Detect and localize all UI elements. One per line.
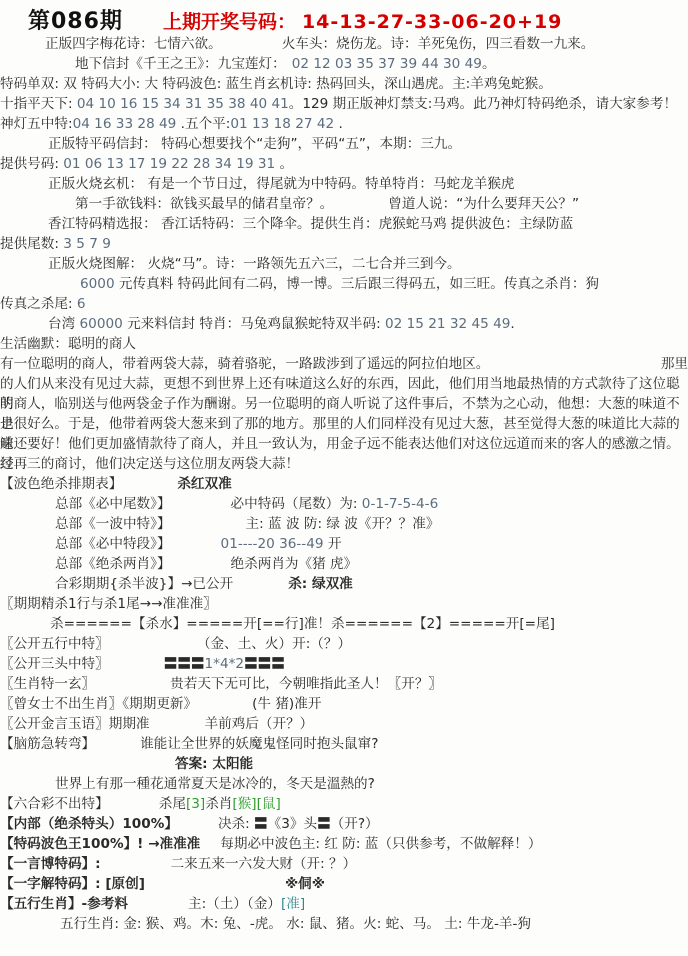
text-segment: 0-1-7-5-4-6 xyxy=(362,496,438,512)
text-segment: 【一字解特码】: [原创] xyxy=(0,876,145,892)
text-segment: 香江特码精选报： 香江话特码：三个降伞。提供生肖：虎猴蛇马鸡 提供波色：主绿防蓝 xyxy=(48,216,573,232)
text-segment: 总部《必中特段》】 xyxy=(55,536,171,552)
text-segment: 【脑筋急转弯】 xyxy=(0,736,95,752)
text-segment: 传真之杀尾: xyxy=(0,296,77,312)
sheet-line: 【波色绝杀排期表】杀红双准 xyxy=(0,474,688,494)
text-segment: 开 xyxy=(324,536,342,552)
sheet-line: 五行生肖: 金: 猴、鸡。木: 兔、-虎。 水: 鼠、猪。火: 蛇、马。 土: … xyxy=(0,914,688,934)
sheet-line: 【五行生肖】-参考料主:（土）（金）[准] xyxy=(0,894,688,914)
text-segment: 杀肖 xyxy=(205,796,232,812)
text-segment: 有一位聪明的商人，带着两袋大蒜，骑着骆驼，一路跋涉到了遥远的阿拉伯地区。 xyxy=(0,354,489,374)
text-segment: . xyxy=(334,116,343,132)
text-segment: 。 xyxy=(275,156,293,172)
text-segment: 神灯五中特: xyxy=(0,116,73,132)
sheet-line: 答案: 太阳能 xyxy=(0,754,688,774)
sheet-header: 第086期 上期开奖号码：14-13-27-33-06-20+19 xyxy=(0,4,688,34)
sheet-line: 也很好么。于是，他带着两袋大葱来到了那的地方。那里的人们同样没有见过大葱，甚至觉… xyxy=(0,414,688,434)
text-segment: 1*4*2 xyxy=(205,656,245,672)
sheet-line: 第一手欲钱料：欲钱买最早的储君皇帝？。曾道人说：“为什么要拜天公？” xyxy=(0,194,688,214)
sheet-line: 总部《必中尾数》】必中特码（尾数）为: 0-1-7-5-4-6 xyxy=(0,494,688,514)
text-segment: 主:（土）（金） xyxy=(188,896,281,912)
text-segment: 火车头：烧伤龙。诗：羊死兔伤，四三看数一九来。 xyxy=(282,36,595,52)
text-segment: 正版火烧图解： 火烧“马”。诗：一路领先五六三，二七合并三到今。 xyxy=(48,256,461,272)
sheet-line: 正版火烧图解： 火烧“马”。诗：一路领先五六三，二七合并三到今。 xyxy=(0,254,688,274)
text-segment: 。 xyxy=(482,56,496,72)
last-draw-numbers: 14-13-27-33-06-20+19 xyxy=(302,11,562,33)
text-segment: 绝杀两肖为《猪 虎》 xyxy=(231,556,358,572)
sheet-line: 总部《一波中特》】主: 蓝 波 防: 绿 波《开？？准》 xyxy=(0,514,688,534)
sheet-line: 香江特码精选报： 香江话特码：三个降伞。提供生肖：虎猴蛇马鸡 提供波色：主绿防蓝 xyxy=(0,214,688,234)
text-segment: 01 13 18 27 42 xyxy=(230,116,334,132)
text-segment: 【波色绝杀排期表】 xyxy=(0,476,122,492)
text-segment: 杀: 绿双准 xyxy=(288,576,353,592)
sheet-line: 【一言博特码】:二来五来一六发大财（开: ？） xyxy=(0,854,688,874)
text-segment: 第一手欲钱料：欲钱买最早的储君皇帝？。 xyxy=(75,196,333,212)
text-segment: 贵若天下无可比，今朝唯指此圣人！〖开？〗 xyxy=(170,676,442,692)
sheet-line: 正版特平码信封： 特码心想要找个“走狗”，平码“五”，本期：三九。 xyxy=(0,134,688,154)
text-segment: 《3》头 xyxy=(268,816,317,832)
text-segment: 正版特平码信封： 特码心想要找个“走狗”，平码“五”，本期：三九。 xyxy=(48,136,461,152)
sheet-line: 正版火烧玄机： 有是一个节日过，得尾就为中特码。特单特肖：马蛇龙羊猴虎 xyxy=(0,174,688,194)
text-segment: [猴][鼠] xyxy=(232,796,280,812)
sheet-line: 特码单双: 双 特码大小: 大 特码波色: 蓝生肖玄机诗: 热码回头，深山遇虎。… xyxy=(0,74,688,94)
sheet-line: 生活幽默：聪明的商人 xyxy=(0,334,688,354)
text-segment: 【五行生肖】-参考料 xyxy=(0,896,128,912)
sheet-line: 〖公开金言玉语〗期期准羊前鸡后（开？） xyxy=(0,714,688,734)
text-segment: 特码单双: 双 特码大小: 大 特码波色: 蓝 xyxy=(0,76,239,92)
text-segment: 01----20 36--49 xyxy=(221,536,324,552)
sheet-line: 过再三的商讨，他们决定送与这位朋友两袋大蒜！ xyxy=(0,454,688,474)
text-segment: 正版四字梅花诗：七情六欲。 xyxy=(45,36,222,52)
sheet-line: 【特码波色王100%】! →准准准每期必中波色主: 红 防: 蓝（只供参考，不做… xyxy=(0,834,688,854)
lottery-tip-sheet: 第086期 上期开奖号码：14-13-27-33-06-20+19 正版四字梅花… xyxy=(0,0,688,956)
text-segment: 【六合彩不出特】 xyxy=(0,796,109,812)
text-segment: 那里 xyxy=(661,354,688,374)
sheet-line: 〖公开三头中特〗〓〓〓1*4*2〓〓〓 xyxy=(0,654,688,674)
text-segment: . xyxy=(510,316,514,332)
text-segment: 元来料信封 特肖：马兔鸡鼠猴蛇特双半码: xyxy=(123,316,385,332)
sheet-line: 正版四字梅花诗：七情六欲。火车头：烧伤龙。诗：羊死兔伤，四三看数一九来。 xyxy=(0,34,688,54)
text-segment: 曾道人说：“为什么要拜天公？” xyxy=(388,196,579,212)
text-segment: 〖生肖特一玄〗 xyxy=(0,676,95,692)
sheet-line: 〖曾女士不出生肖〗《期期更新》(牛 猪)准开 xyxy=(0,694,688,714)
sheet-line: 6000 元传真料 特码此间有二码，博一博。三后跟三得码五，如三旺。传真之杀肖：… xyxy=(0,274,688,294)
text-segment: 02 15 21 32 45 49 xyxy=(385,316,510,332)
text-segment: 地下信封《千王之王》：九宝莲灯： xyxy=(75,56,286,72)
text-segment: 【特码波色王100%】! →准准准 xyxy=(0,836,200,852)
text-segment: ※侗※ xyxy=(285,876,325,892)
sheet-line: 杀======【杀水】=====开[==行]准！杀======【2】=====开… xyxy=(0,614,688,634)
text-segment: 【一言博特码】: xyxy=(0,856,101,872)
text-segment: 正版火烧玄机： 有是一个节日过，得尾就为中特码。特单特肖：马蛇龙羊猴虎 xyxy=(48,176,515,192)
text-segment: 五行生肖: 金: 猴、鸡。木: 兔、-虎。 水: 鼠、猪。火: 蛇、马。 土: … xyxy=(60,916,531,932)
text-segment: 答案: 太阳能 xyxy=(175,756,253,772)
text-segment: 决杀: xyxy=(218,816,254,832)
text-segment: (牛 猪)准开 xyxy=(252,696,321,712)
text-segment: 提供尾数: xyxy=(0,236,63,252)
text-segment: 杀尾 xyxy=(159,796,186,812)
text-segment: 〓 xyxy=(254,816,268,832)
text-segment: 生肖玄机诗: 热码回头，深山遇虎。主:羊鸡兔蛇猴。 xyxy=(239,76,552,92)
sheet-line: 【六合彩不出特】杀尾[3]杀肖[猴][鼠] xyxy=(0,794,688,814)
sheet-line: 的商人，临别送与他两袋金子作为酬谢。另一位聪明的商人听说了这件事后，不禁为之心动… xyxy=(0,394,688,414)
text-segment: 总部《绝杀两肖》】 xyxy=(55,556,171,572)
text-segment: [3] xyxy=(186,796,205,812)
text-segment: 世界上有那一種花通常夏天是冰冷的，冬天是溫熱的? xyxy=(55,776,375,792)
text-segment: 杀======【杀水】=====开[==行]准！杀======【2】=====开… xyxy=(50,616,555,632)
text-segment: 谁能让全世界的妖魔鬼怪同时抱头鼠窜? xyxy=(140,736,378,752)
text-segment: 每期必中波色主: 红 防: 蓝（只供参考，不做解释！） xyxy=(220,836,541,852)
text-segment: 〖曾女士不出生肖〗《期期更新》 xyxy=(0,696,197,712)
sheet-line: 台湾 60000 元来料信封 特肖：马兔鸡鼠猴蛇特双半码: 02 15 21 3… xyxy=(0,314,688,334)
text-segment: 杀红双准 xyxy=(177,476,231,492)
issue-number: 第086期 xyxy=(28,4,123,35)
sheet-line: 【脑筋急转弯】谁能让全世界的妖魔鬼怪同时抱头鼠窜? xyxy=(0,734,688,754)
text-segment: 〖公开金言玉语〗期期准 xyxy=(0,716,150,732)
text-segment: 必中特码（尾数）为: xyxy=(231,496,362,512)
text-segment: 总部《一波中特》】 xyxy=(55,516,171,532)
text-segment: 〓〓〓 xyxy=(164,656,205,672)
sheet-line: 合彩期期{杀半波}】→已公开杀: 绿双准 xyxy=(0,574,688,594)
text-segment: .五个平: xyxy=(176,116,230,132)
text-segment: 十指平天下: xyxy=(0,96,77,112)
sheet-lines: 正版四字梅花诗：七情六欲。火车头：烧伤龙。诗：羊死兔伤，四三看数一九来。地下信封… xyxy=(0,34,688,934)
text-segment: 04 10 16 15 34 31 35 38 40 41 xyxy=(77,96,289,112)
sheet-line: 【一字解特码】: [原创]※侗※ xyxy=(0,874,688,894)
text-segment: 提供号码: xyxy=(0,156,63,172)
sheet-line: 总部《必中特段》】01----20 36--49 开 xyxy=(0,534,688,554)
text-segment: [准] xyxy=(281,896,305,912)
text-segment: 02 12 03 35 37 39 44 30 49 xyxy=(292,56,482,72)
text-segment: 3 5 7 9 xyxy=(63,236,111,252)
text-segment: 二来五来一六发大财（开: ？） xyxy=(171,856,357,872)
sheet-line: 总部《绝杀两肖》】绝杀两肖为《猪 虎》 xyxy=(0,554,688,574)
text-segment: 生活幽默：聪明的商人 xyxy=(0,336,136,352)
sheet-line: 十指平天下: 04 10 16 15 34 31 35 38 40 41。129… xyxy=(0,94,688,114)
text-segment: 6000 xyxy=(80,276,115,292)
sheet-line: 有一位聪明的商人，带着两袋大蒜，骑着骆驼，一路跋涉到了遥远的阿拉伯地区。那里 xyxy=(0,354,688,374)
last-draw-label: 上期开奖号码： xyxy=(163,11,296,33)
text-segment: 〖公开五行中特〗 xyxy=(0,636,109,652)
text-segment: 。129 期正版神灯禁支:马鸡。此乃神灯特码绝杀，请大家参考！ xyxy=(289,96,677,112)
text-segment: 6 xyxy=(77,296,86,312)
sheet-line: 提供号码: 01 06 13 17 19 22 28 34 19 31 。 xyxy=(0,154,688,174)
text-segment: 过再三的商讨，他们决定送与这位朋友两袋大蒜！ xyxy=(0,456,299,472)
text-segment: 60000 xyxy=(80,316,123,332)
text-segment: 01 06 13 17 19 22 28 34 19 31 xyxy=(63,156,275,172)
text-segment: 总部《必中尾数》】 xyxy=(55,496,171,512)
sheet-line: 神灯五中特:04 16 33 28 49 .五个平:01 13 18 27 42… xyxy=(0,114,688,134)
text-segment: （金、土、火）开:（？） xyxy=(204,636,351,652)
text-segment: 【内部（绝杀特头）100%】 xyxy=(0,816,178,832)
text-segment: 元传真料 特码此间有二码，博一博。三后跟三得码五，如三旺。传真之杀肖：狗 xyxy=(115,276,599,292)
sheet-line: 提供尾数: 3 5 7 9 xyxy=(0,234,688,254)
sheet-line: 〖公开五行中特〗（金、土、火）开:（？） xyxy=(0,634,688,654)
sheet-line: 地下信封《千王之王》：九宝莲灯：02 12 03 35 37 39 44 30 … xyxy=(0,54,688,74)
sheet-line: 的人们从来没有见过大蒜，更想不到世界上还有味道这么好的东西，因此，他们用当地最热… xyxy=(0,374,688,394)
text-segment: 〓 xyxy=(317,816,331,832)
text-segment: 主: 蓝 波 防: 绿 波《开？？准》 xyxy=(246,516,440,532)
text-segment: 〖期期精杀1行与杀1尾→→准准准〗 xyxy=(0,596,217,612)
text-segment: 台湾 xyxy=(48,316,80,332)
text-segment: 〓〓〓 xyxy=(244,656,285,672)
last-draw: 上期开奖号码：14-13-27-33-06-20+19 xyxy=(163,7,562,34)
text-segment: 羊前鸡后（开？） xyxy=(205,716,314,732)
sheet-line: 〖期期精杀1行与杀1尾→→准准准〗 xyxy=(0,594,688,614)
sheet-line: 道还要好！他们更加盛情款待了商人，并且一致认为，用金子远不能表达他们对这位远道而… xyxy=(0,434,688,454)
sheet-line: 世界上有那一種花通常夏天是冰冷的，冬天是溫熱的? xyxy=(0,774,688,794)
sheet-line: 〖生肖特一玄〗贵若天下无可比，今朝唯指此圣人！〖开？〗 xyxy=(0,674,688,694)
text-segment: 〖公开三头中特〗 xyxy=(0,656,109,672)
sheet-line: 【内部（绝杀特头）100%】决杀: 〓《3》头〓（开?） xyxy=(0,814,688,834)
sheet-line: 传真之杀尾: 6 xyxy=(0,294,688,314)
text-segment: 合彩期期{杀半波}】→已公开 xyxy=(55,576,233,592)
text-segment: （开?） xyxy=(331,816,379,832)
text-segment: 04 16 33 28 49 xyxy=(73,116,177,132)
